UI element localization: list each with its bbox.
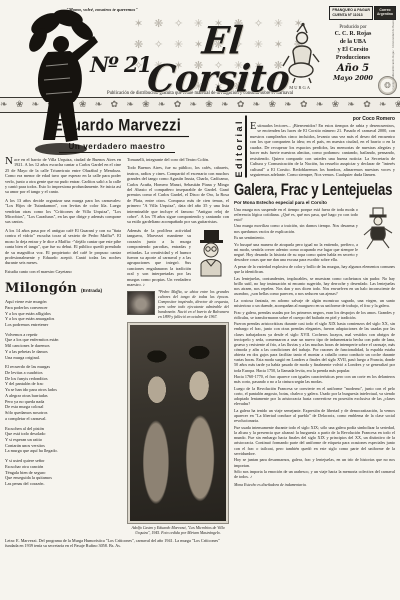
editorial-text: Estimados lectores... ¡Bienvenidos! En e… [250,123,395,178]
masthead: "Momo, volvé, nosotros te queremos" Nº 2… [0,0,400,97]
galera-paragraph: Hacia 1760-1770, el frac aparece con igu… [234,374,395,384]
issue-date: Año 5 Mayo 2000 [326,64,380,82]
issue-year: Año 5 [326,64,380,74]
galera-paragraph: La galera ha tenido un viaje semejante. … [234,408,395,423]
correo-argentino-stamp: Correo Argentino [374,6,396,20]
galera-article-body: Una murga nos suspende en el tiempo porq… [234,207,395,480]
poem-stanza: Aquí viene este murgón Para poderlos con… [5,299,121,328]
galera-headline: Galera, Frac y Lentejuelas [234,179,385,198]
editorial-body: por Coco Romero Estimados lectores... ¡B… [250,116,395,178]
tophat-man-illustration [193,228,229,283]
marvezzi-paragraph: Estudia canto con el maestro Cayetano [5,269,121,274]
galera-paragraph: A pesar de la variedad explosiva de colo… [234,264,395,274]
university-seal-icon: ❂ [378,76,397,95]
poem-subtitle: (Entrada) [81,289,102,294]
logo: ✶ ❋ ✧ ✳ ✶ ❋ ✧ ✳ ✶ ❋ ✧ ✳ ✶ ❋ ✧ ✳ ✶ ❋ ✧ ✳ … [128,14,313,92]
photo-caption: Adolfo Castro y Eduardo Marvezzi, "Los M… [127,526,229,536]
poem-heading: Milongón (Entrada) [5,279,121,297]
poem-stanza: El recuerdo de las murgas De levitas a c… [5,364,121,421]
poem-title: Milongón [5,281,77,296]
marvezzi-paragraph: A los 14 años pasa por el antiguo café E… [5,228,121,266]
poem-stanza: Volvemos a repetir Que a los que enfermi… [5,332,121,361]
poem-stanza: Escuchen al del pistón Que está todo des… [5,426,121,455]
galera-byline: Por Mona Estecho especial para el Corsit… [234,200,395,205]
galera-author-note: Mona Estecho es diseñadora de indumentar… [234,483,395,487]
marvezzi-column-1: Nace en el barrio de Villa Urquiza, ciud… [5,157,121,536]
postal-stamps: FRANQUEO A PAGAR CUENTA Nº 11013 Correo … [329,6,396,20]
galera-paragraph: Hoy se juntan para desarmarnos, galera, … [234,457,395,467]
editorial-byline: por Coco Romero [250,116,395,122]
franqueo-stamp: FRANQUEO A PAGAR CUENTA Nº 11013 [329,6,373,20]
marvezzi-paragraph: A los 13 años decide organizar una murga… [5,198,121,225]
galera-paragraph: La costosa fantasía, en adorno salvaje d… [234,298,395,308]
galera-paragraph: Luego de la Revolución Francesa se convi… [234,386,395,407]
galera-headline-block: Galera, Frac y Lentejuelas [234,181,395,197]
maffia-photo [127,291,155,315]
newspaper-page: "Momo, volvé, nosotros te queremos" Nº 2… [0,0,400,600]
editorial-label: Editorial [234,116,247,178]
marvezzi-column-2: Tomaselli, integrante del coro del Teatr… [127,157,229,536]
issue-month: Mayo 2000 [326,74,380,82]
article-marvezzi: Eduardo Marvezzi Un verdadero maestro Na… [5,116,229,549]
murguero-frac-illustration [361,207,395,256]
right-column: Editorial por Coco Romero Estimados lect… [234,116,395,549]
page-content: Eduardo Marvezzi Un verdadero maestro Na… [0,113,400,549]
murga-photo-frame [127,322,229,524]
galera-paragraph: Las lentejuelas, contundentes, implacabl… [234,276,395,297]
marvezzi-paragraph: Todo Buenos Aires, fue su público, los c… [127,165,229,224]
producer-names: C. C. R. Rojas de la UBA y El Corsito Pr… [320,30,386,62]
poem-stanza: Y si usted quiere señor Escuchar otra ca… [5,458,121,487]
producer-block: Producido por C. C. R. Rojas de la UBA y… [320,25,386,62]
clown-drummer-illustration [279,22,321,89]
galera-paragraph: Fueron prendas aristocráticas durante ca… [234,321,395,372]
editorial-block: Editorial por Coco Romero Estimados lect… [234,116,395,178]
galera-paragraph: Fue usada intensamente durante todo el s… [234,425,395,456]
microbios-photo [130,325,226,521]
galera-paragraph: Sólo nos importa la emoción de un arabes… [234,469,395,479]
lyrics-credit-note: Letra: E. Marvezzi. Del programa de la M… [5,538,229,549]
galera-paragraph: Frac y galera, prendas usadas por los pr… [234,310,395,320]
marvezzi-paragraph: Tomaselli, integrante del coro del Teatr… [127,157,229,162]
murga-dancer-illustration [16,6,110,163]
